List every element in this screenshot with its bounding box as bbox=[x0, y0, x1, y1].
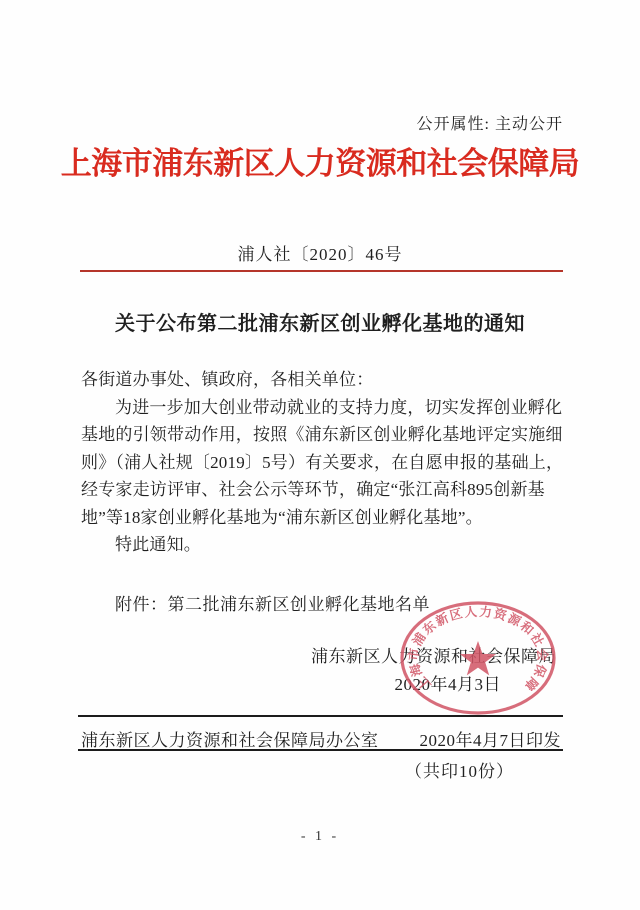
body-line: 经专家走访评审、社会公示等环节，确定“张江高科895创新基 bbox=[81, 476, 565, 504]
footer-imprint-row: 浦东新区人力资源和社会保障局办公室 2020年4月7日印发 bbox=[81, 726, 561, 751]
footer-divider-bottom bbox=[78, 749, 563, 751]
issuing-agency-title: 上海市浦东新区人力资源和社会保障局 bbox=[0, 138, 640, 183]
body-line: 地”等18家创业孵化基地为“浦东新区创业孵化基地”。 bbox=[81, 504, 565, 532]
footer-print-date: 2020年4月7日印发 bbox=[420, 726, 562, 751]
document-number: 浦人社〔2020〕46号 bbox=[0, 240, 640, 265]
footer-office: 浦东新区人力资源和社会保障局办公室 bbox=[81, 726, 379, 751]
salutation-line: 各街道办事处、镇政府，各相关单位： bbox=[81, 366, 565, 394]
body-line: 则》（浦人社规〔2019〕5号）有关要求，在自愿申报的基础上， bbox=[81, 449, 565, 477]
disclosure-attribute-label: 公开属性: 主动公开 bbox=[417, 111, 563, 134]
page-number: - 1 - bbox=[0, 829, 640, 845]
official-seal-stamp: 上海市浦东新区人力资源和社会保障局 bbox=[393, 594, 563, 724]
seal-text: 上海市浦东新区人力资源和社会保障局 bbox=[393, 594, 550, 695]
footer-divider-top bbox=[78, 715, 563, 717]
body-line: 基地的引领带动作用，按照《浦东新区创业孵化基地评定实施细 bbox=[81, 421, 565, 449]
attachment-line: 附件：第二批浦东新区创业孵化基地名单 bbox=[115, 590, 430, 615]
red-header-divider bbox=[80, 270, 563, 272]
closing-line: 特此通知。 bbox=[81, 531, 565, 559]
seal-star-icon bbox=[460, 641, 496, 675]
document-body: 各街道办事处、镇政府，各相关单位： 为进一步加大创业带动就业的支持力度，切实发挥… bbox=[81, 366, 565, 559]
document-title: 关于公布第二批浦东新区创业孵化基地的通知 bbox=[0, 307, 640, 336]
copies-count-label: （共印10份） bbox=[405, 757, 514, 782]
official-document-page: 公开属性: 主动公开 上海市浦东新区人力资源和社会保障局 浦人社〔2020〕46… bbox=[0, 0, 640, 910]
body-line: 为进一步加大创业带动就业的支持力度，切实发挥创业孵化 bbox=[81, 394, 565, 422]
